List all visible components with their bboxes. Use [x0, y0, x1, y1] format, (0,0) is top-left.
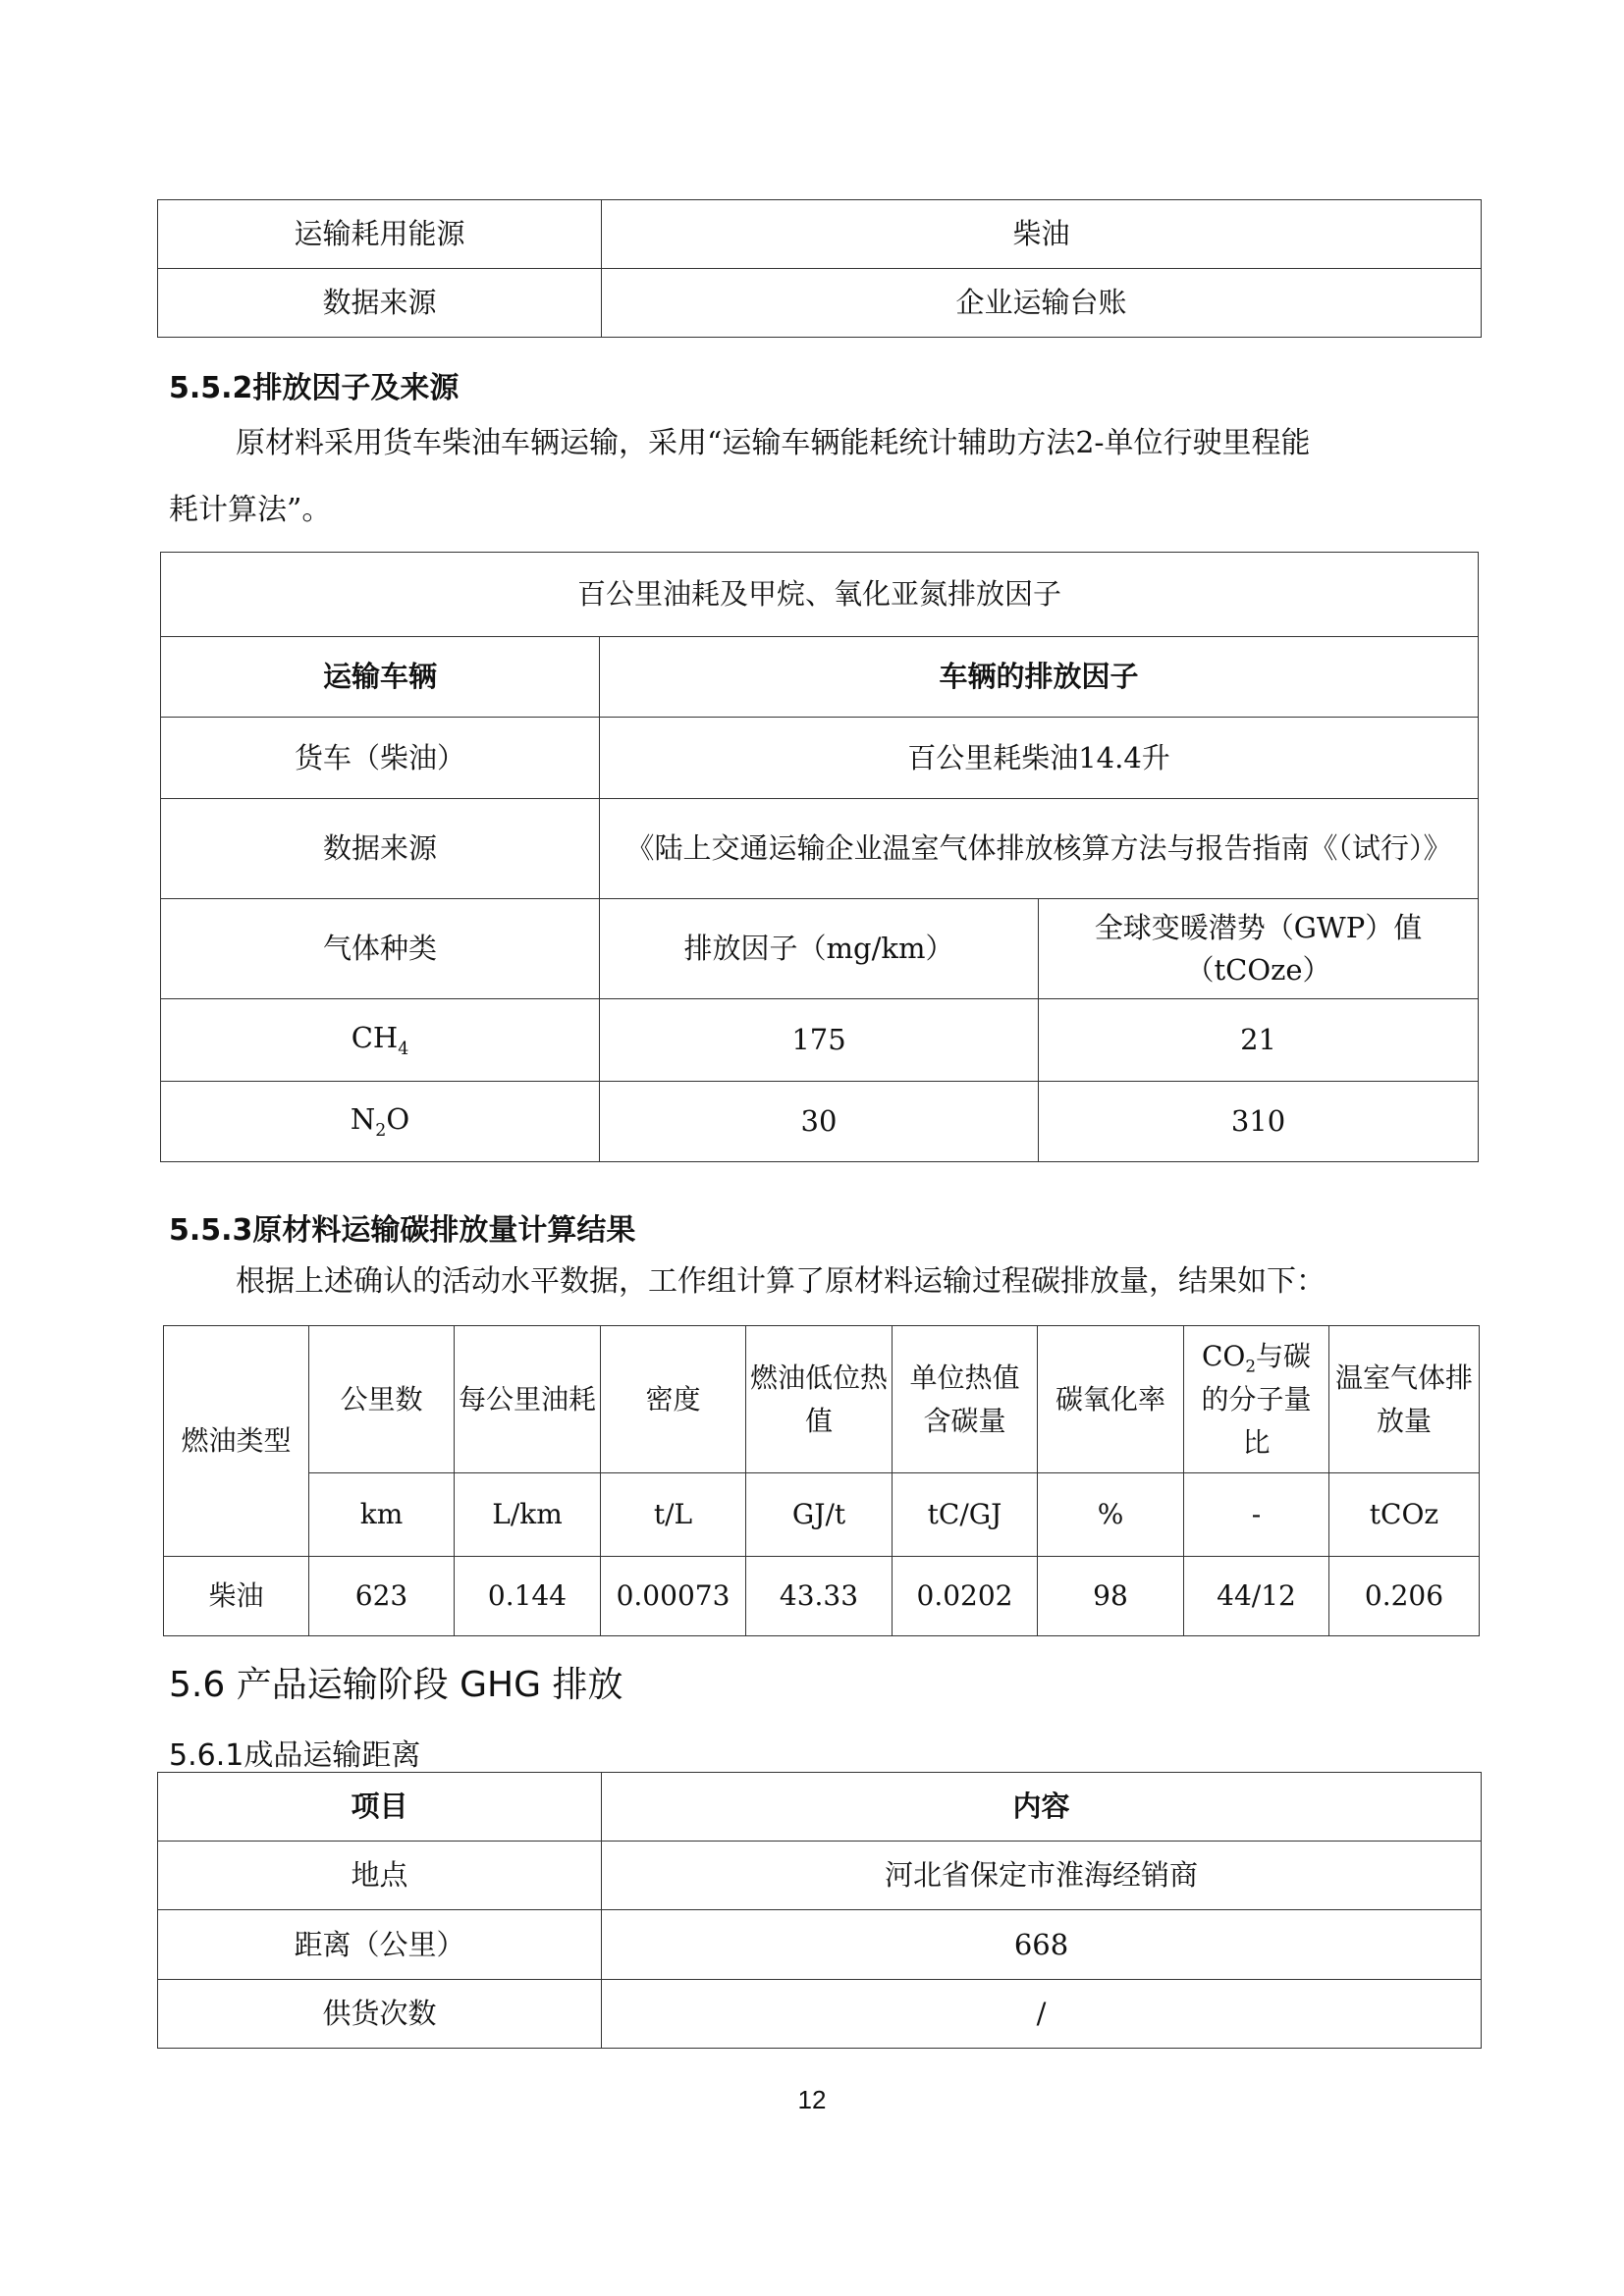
table-row: 气体种类 排放因子（mg/km） 全球变暖潜势（GWP）值（tCOze）: [161, 899, 1479, 999]
header-cell: 公里数: [309, 1326, 455, 1473]
table-cell-label: 数据来源: [158, 269, 602, 338]
gas-name: N2O: [161, 1082, 600, 1162]
section-heading-5-6-1: 5.6.1成品运输距离: [169, 1731, 420, 1774]
unit-cell: L/km: [455, 1473, 601, 1557]
table-header-row: 项目 内容: [158, 1773, 1482, 1842]
table-row: 数据来源 企业运输台账: [158, 269, 1482, 338]
table-cell-value: 全球变暖潜势（GWP）值（tCOze）: [1039, 899, 1479, 999]
section-heading-5-5-3: 5.5.3原材料运输碳排放量计算结果: [169, 1205, 635, 1249]
table-cell-value: 排放因子（mg/km）: [600, 899, 1039, 999]
header-cell: CO2与碳的分子量比: [1184, 1326, 1329, 1473]
header-cell: 燃油类型: [164, 1326, 309, 1557]
unit-cell: km: [309, 1473, 455, 1557]
table-cell-label: 气体种类: [161, 899, 600, 999]
table-row: 数据来源 《陆上交通运输企业温室气体排放核算方法与报告指南《（试行）》: [161, 799, 1479, 899]
table-row: 地点 河北省保定市淮海经销商: [158, 1842, 1482, 1910]
table-cell-label: 供货次数: [158, 1980, 602, 2049]
header-cell: 项目: [158, 1773, 602, 1842]
table-cell-label: 货车（柴油）: [161, 718, 600, 799]
table-cell-value: 柴油: [602, 200, 1482, 269]
unit-cell: tCOz: [1329, 1473, 1480, 1557]
unit-cell: t/L: [601, 1473, 746, 1557]
table-cell-label: 地点: [158, 1842, 602, 1910]
table-cell-value: 668: [602, 1910, 1482, 1980]
paragraph-line: 耗计算法”。: [169, 477, 331, 544]
table-header-row: 燃油类型 公里数 每公里油耗 密度 燃油低位热值 单位热值含碳量 碳氧化率 CO…: [164, 1326, 1480, 1473]
table-cell-label: 数据来源: [161, 799, 600, 899]
energy-source-table: 运输耗用能源 柴油 数据来源 企业运输台账: [157, 199, 1482, 338]
table-title-row: 百公里油耗及甲烷、氧化亚氮排放因子: [161, 553, 1479, 637]
table-cell-value: 百公里耗柴油14.4升: [600, 718, 1479, 799]
table-cell: 98: [1038, 1557, 1184, 1636]
table-row: 货车（柴油） 百公里耗柴油14.4升: [161, 718, 1479, 799]
carbon-emission-calc-table: 燃油类型 公里数 每公里油耗 密度 燃油低位热值 单位热值含碳量 碳氧化率 CO…: [163, 1325, 1480, 1636]
table-cell-label: 运输耗用能源: [158, 200, 602, 269]
table-row: 柴油 623 0.144 0.00073 43.33 0.0202 98 44/…: [164, 1557, 1480, 1636]
unit-cell: tC/GJ: [893, 1473, 1038, 1557]
paragraph-line: 原材料采用货车柴油车辆运输，采用“运输车辆能耗统计辅助方法2-单位行驶里程能: [236, 410, 1311, 477]
unit-cell: -: [1184, 1473, 1329, 1557]
header-cell: 车辆的排放因子: [600, 637, 1479, 718]
table-cell-value: 河北省保定市淮海经销商: [602, 1842, 1482, 1910]
table-cell: 623: [309, 1557, 455, 1636]
table-title: 百公里油耗及甲烷、氧化亚氮排放因子: [161, 553, 1479, 637]
unit-cell: %: [1038, 1473, 1184, 1557]
table-cell: 柴油: [164, 1557, 309, 1636]
table-cell: 0.0202: [893, 1557, 1038, 1636]
page-number: 12: [0, 2085, 1624, 2115]
table-cell-label: 距离（公里）: [158, 1910, 602, 1980]
table-cell-value: 310: [1039, 1082, 1479, 1162]
table-cell-value: 《陆上交通运输企业温室气体排放核算方法与报告指南《（试行）》: [600, 799, 1479, 899]
table-row: CH4 175 21: [161, 999, 1479, 1082]
header-cell: 燃油低位热值: [746, 1326, 893, 1473]
product-transport-table: 项目 内容 地点 河北省保定市淮海经销商 距离（公里） 668 供货次数 /: [157, 1772, 1482, 2049]
table-row: 供货次数 /: [158, 1980, 1482, 2049]
table-cell: 0.00073: [601, 1557, 746, 1636]
header-cell: 密度: [601, 1326, 746, 1473]
table-cell-value: /: [602, 1980, 1482, 2049]
emission-factor-table: 百公里油耗及甲烷、氧化亚氮排放因子 运输车辆 车辆的排放因子 货车（柴油） 百公…: [160, 552, 1479, 1162]
table-cell: 0.206: [1329, 1557, 1480, 1636]
table-cell-value: 企业运输台账: [602, 269, 1482, 338]
table-row: N2O 30 310: [161, 1082, 1479, 1162]
header-cell: 碳氧化率: [1038, 1326, 1184, 1473]
section-heading-5-5-2: 5.5.2排放因子及来源: [169, 363, 459, 406]
unit-cell: GJ/t: [746, 1473, 893, 1557]
header-cell: 单位热值含碳量: [893, 1326, 1038, 1473]
table-header-row: 运输车辆 车辆的排放因子: [161, 637, 1479, 718]
table-cell-value: 21: [1039, 999, 1479, 1082]
table-cell: 44/12: [1184, 1557, 1329, 1636]
paragraph: 根据上述确认的活动水平数据，工作组计算了原材料运输过程碳排放量，结果如下：: [236, 1249, 1326, 1315]
header-cell: 温室气体排放量: [1329, 1326, 1480, 1473]
table-cell: 43.33: [746, 1557, 893, 1636]
section-heading-5-6: 5.6 产品运输阶段 GHG 排放: [169, 1657, 623, 1707]
table-cell: 0.144: [455, 1557, 601, 1636]
table-cell-value: 30: [600, 1082, 1039, 1162]
header-cell: 运输车辆: [161, 637, 600, 718]
header-cell: 内容: [602, 1773, 1482, 1842]
table-row: 运输耗用能源 柴油: [158, 200, 1482, 269]
table-row: 距离（公里） 668: [158, 1910, 1482, 1980]
units-row: km L/km t/L GJ/t tC/GJ % - tCOz: [164, 1473, 1480, 1557]
table-cell-value: 175: [600, 999, 1039, 1082]
header-cell: 每公里油耗: [455, 1326, 601, 1473]
gas-name: CH4: [161, 999, 600, 1082]
